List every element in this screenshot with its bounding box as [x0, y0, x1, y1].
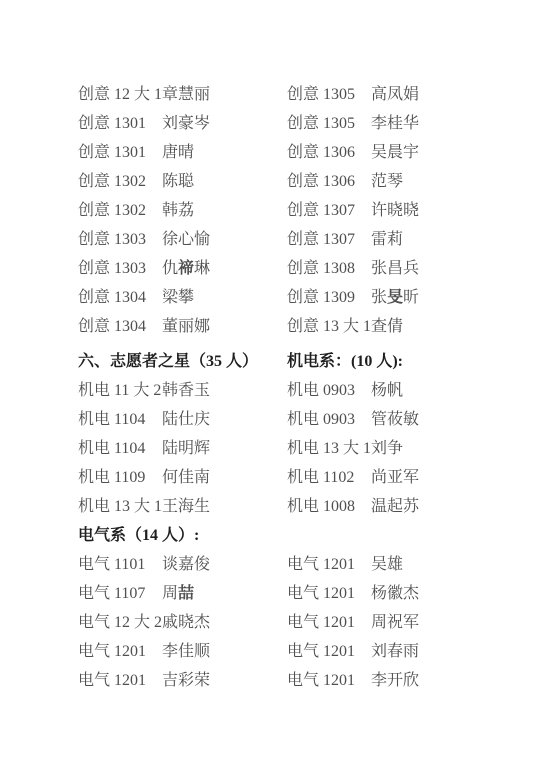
student-name: 雷莉 [371, 226, 403, 249]
student-name: 何佳南 [162, 464, 210, 487]
class-code: 创意 13 大 1 [287, 313, 371, 336]
student-name: 李开欣 [371, 667, 419, 690]
student-name: 杨帆 [371, 377, 403, 400]
class-code: 创意 1304 [78, 284, 162, 307]
class-code: 电气 1107 [78, 580, 162, 603]
student-name: 吴雄 [371, 551, 403, 574]
class-code: 创意 1303 [78, 255, 162, 278]
class-code: 创意 1307 [287, 197, 371, 220]
class-code: 电气 1201 [287, 580, 371, 603]
class-code: 机电 1102 [287, 464, 371, 487]
roster-entry: 机电 1104陆仕庆 [78, 403, 287, 432]
class-code: 机电 13 大 1 [78, 493, 162, 516]
class-code: 创意 1309 [287, 284, 371, 307]
student-name: 刘争 [371, 435, 403, 458]
class-code: 创意 1305 [287, 110, 371, 133]
student-name: 李佳顺 [162, 638, 210, 661]
roster-entry: 机电 1008温起苏 [287, 490, 419, 519]
roster-entry: 电气 12 大 2戚晓杰 [78, 606, 287, 635]
roster-entry: 机电 1109何佳南 [78, 461, 287, 490]
class-code: 机电 1104 [78, 435, 162, 458]
roster-entry: 创意 1308张昌兵 [287, 252, 419, 281]
roster-entry: 创意 1307雷莉 [287, 223, 419, 252]
class-code: 创意 1305 [287, 81, 371, 104]
roster-entry: 电气 1101谈嘉俊 [78, 548, 287, 577]
student-name: 查倩 [371, 313, 403, 336]
roster-entry: 电气 1201李开欣 [287, 664, 419, 693]
student-name: 韩荔 [162, 197, 194, 220]
student-name: 谈嘉俊 [162, 551, 210, 574]
class-code: 机电 13 大 1 [287, 435, 371, 458]
roster-entry: 创意 1304梁攀 [78, 281, 287, 310]
class-code: 创意 1301 [78, 110, 162, 133]
roster-entry: 机电 13 大 1刘争 [287, 432, 419, 461]
class-code: 创意 1302 [78, 197, 162, 220]
roster-entry: 机电 13 大 1王海生 [78, 490, 287, 519]
roster-entry: 电气 1201吉彩荣 [78, 664, 287, 693]
student-name: 刘春雨 [371, 638, 419, 661]
roster-entry: 创意 1305李桂华 [287, 107, 419, 136]
class-code: 电气 1201 [287, 551, 371, 574]
roster-entry: 创意 1302韩荔 [78, 194, 287, 223]
student-name: 陈聪 [162, 168, 194, 191]
roster-entry: 创意 1303徐心愉 [78, 223, 287, 252]
class-code: 创意 1302 [78, 168, 162, 191]
roster-entry: 电气 1201刘春雨 [287, 635, 419, 664]
roster-entry: 创意 1301唐晴 [78, 136, 287, 165]
roster-entry: 创意 1305高凤娟 [287, 78, 419, 107]
class-code: 创意 1303 [78, 226, 162, 249]
roster-entry: 创意 1309张旻昕 [287, 281, 419, 310]
student-name: 唐晴 [162, 139, 194, 162]
class-code: 创意 1307 [287, 226, 371, 249]
student-name: 梁攀 [162, 284, 194, 307]
student-name: 周祝军 [371, 609, 419, 632]
roster-entry: 创意 1302陈聪 [78, 165, 287, 194]
roster-entry: 创意 13 大 1查倩 [287, 310, 419, 339]
columns: 创意 12 大 1章慧丽创意 1301刘豪岑创意 1301唐晴创意 1302陈聪… [78, 78, 419, 693]
class-code: 创意 1306 [287, 168, 371, 191]
student-name: 王海生 [162, 493, 210, 516]
student-name: 尚亚军 [371, 464, 419, 487]
document-page: 创意 12 大 1章慧丽创意 1301刘豪岑创意 1301唐晴创意 1302陈聪… [0, 0, 555, 784]
student-name: 李桂华 [371, 110, 419, 133]
roster-entry: 机电 0903杨帆 [287, 374, 419, 403]
section-header: 六、志愿者之星（35 人） [78, 345, 287, 374]
student-name: 董丽娜 [162, 313, 210, 336]
column-left: 创意 12 大 1章慧丽创意 1301刘豪岑创意 1301唐晴创意 1302陈聪… [78, 78, 287, 693]
fallback-bold-glyph: 喆 [178, 585, 194, 602]
roster-entry: 机电 0903管莜敏 [287, 403, 419, 432]
roster-entry: 创意 1306范琴 [287, 165, 419, 194]
class-code: 创意 1306 [287, 139, 371, 162]
student-name: 温起苏 [371, 493, 419, 516]
roster-entry: 电气 1201杨徽杰 [287, 577, 419, 606]
student-name: 管莜敏 [371, 406, 419, 429]
student-name: 杨徽杰 [371, 580, 419, 603]
roster-entry: 创意 1306吴晨宇 [287, 136, 419, 165]
student-name: 张昌兵 [371, 255, 419, 278]
class-code: 电气 1201 [78, 667, 162, 690]
student-name: 徐心愉 [162, 226, 210, 249]
class-code: 电气 1201 [287, 638, 371, 661]
student-name: 吉彩荣 [162, 667, 210, 690]
roster-entry: 创意 1304董丽娜 [78, 310, 287, 339]
class-code: 创意 12 大 1 [78, 81, 162, 104]
student-name: 高凤娟 [371, 81, 419, 104]
column-right: 创意 1305高凤娟创意 1305李桂华创意 1306吴晨宇创意 1306范琴创… [287, 78, 419, 693]
fallback-bold-glyph: 旻 [387, 289, 403, 306]
roster-entry: 机电 11 大 2韩香玉 [78, 374, 287, 403]
student-name: 章慧丽 [162, 81, 210, 104]
fallback-bold-glyph: 禘 [178, 260, 194, 277]
section-header: 机电系：(10 人): [287, 345, 419, 374]
roster-entry: 创意 1301刘豪岑 [78, 107, 287, 136]
student-name: 吴晨宇 [371, 139, 419, 162]
class-code: 电气 1201 [287, 609, 371, 632]
class-code: 电气 1101 [78, 551, 162, 574]
roster-entry: 创意 1303仇禘琳 [78, 252, 287, 281]
student-name: 韩香玉 [162, 377, 210, 400]
roster-entry: 创意 12 大 1章慧丽 [78, 78, 287, 107]
section-header: 电气系（14 人）: [78, 519, 287, 548]
class-code: 机电 1104 [78, 406, 162, 429]
roster-entry: 创意 1307许晓晓 [287, 194, 419, 223]
student-name: 许晓晓 [371, 197, 419, 220]
student-name: 周喆 [162, 580, 194, 603]
roster-entry: 机电 1104陆明辉 [78, 432, 287, 461]
student-name: 陆仕庆 [162, 406, 210, 429]
roster-entry: 电气 1201李佳顺 [78, 635, 287, 664]
class-code: 创意 1301 [78, 139, 162, 162]
student-name: 陆明辉 [162, 435, 210, 458]
student-name: 刘豪岑 [162, 110, 210, 133]
student-name: 张旻昕 [371, 284, 419, 307]
class-code: 电气 12 大 2 [78, 609, 162, 632]
student-name: 范琴 [371, 168, 403, 191]
class-code: 机电 11 大 2 [78, 377, 162, 400]
class-code: 机电 0903 [287, 377, 371, 400]
class-code: 机电 1109 [78, 464, 162, 487]
student-name: 戚晓杰 [162, 609, 210, 632]
class-code: 机电 0903 [287, 406, 371, 429]
roster-entry: 电气 1201周祝军 [287, 606, 419, 635]
class-code: 创意 1308 [287, 255, 371, 278]
student-name: 仇禘琳 [162, 255, 210, 278]
roster-entry: 机电 1102尚亚军 [287, 461, 419, 490]
class-code: 机电 1008 [287, 493, 371, 516]
roster-entry: 电气 1107周喆 [78, 577, 287, 606]
class-code: 创意 1304 [78, 313, 162, 336]
class-code: 电气 1201 [78, 638, 162, 661]
class-code: 电气 1201 [287, 667, 371, 690]
roster-entry: 电气 1201吴雄 [287, 548, 419, 577]
